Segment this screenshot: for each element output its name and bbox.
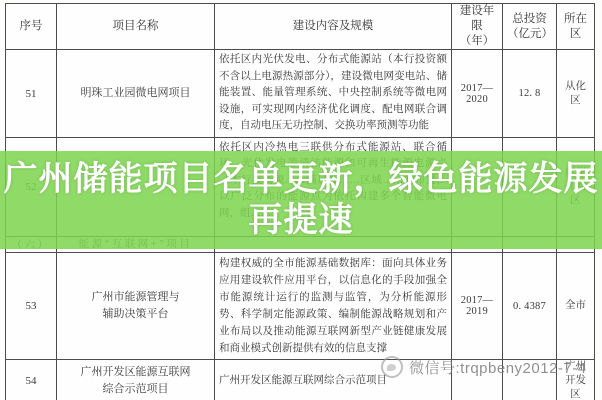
watermark: 微信号:trqpbeny2012-7-4	[381, 356, 587, 378]
table-row: 51 明珠工业园微电网项目 依托区内光伏发电、分布式能源站（本行投资额不含以上电…	[6, 50, 595, 138]
header-project-name: 项目名称	[57, 4, 215, 50]
headline-banner-overlay: 广州储能项目名单更新，绿色能源发展 再提速	[0, 151, 602, 249]
row-53-project-name: 广州市能源管理与 辅助决策平台	[57, 253, 215, 360]
header-total-investment: 总投资 （亿元）	[503, 4, 557, 50]
row-51-years: 2017—2020	[452, 50, 503, 138]
header-district: 所在区	[557, 4, 595, 50]
watermark-text: 微信号:trqpbeny2012-7-4	[409, 357, 587, 378]
row-53-content: 构建权威的全市能源基础数据库：面向具体业务应用建设软件应用平台，以信息化的手段加…	[215, 253, 452, 360]
row-51-investment: 12. 8	[503, 50, 557, 138]
table-header-row: 序号 项目名称 建设内容及规模 建设年限 （年） 总投资 （亿元） 所在区	[6, 4, 595, 50]
row-51-project-name: 明珠工业园微电网项目	[57, 50, 215, 138]
header-construction-years: 建设年限 （年）	[452, 4, 503, 50]
headline-line-2: 再提速	[249, 200, 354, 241]
row-53-district: 全市	[557, 253, 595, 360]
document-page: 序号 项目名称 建设内容及规模 建设年限 （年） 总投资 （亿元） 所在区 51…	[0, 0, 602, 400]
header-serial: 序号	[6, 4, 57, 50]
row-54-serial: 54	[6, 360, 57, 400]
row-51-district: 从化区	[557, 50, 595, 138]
row-51-serial: 51	[6, 50, 57, 138]
row-53-investment: 0. 4387	[503, 253, 557, 360]
row-54-project-name: 广州开发区能源互联网 综合示范项目	[57, 360, 215, 400]
row-53-serial: 53	[6, 253, 57, 360]
row-51-content: 依托区内光伏发电、分布式能源站（本行投资额不含以上电源热源部分），建设微电网变电…	[215, 50, 452, 138]
header-content-scale: 建设内容及规模	[215, 4, 452, 50]
table-row: 53 广州市能源管理与 辅助决策平台 构建权威的全市能源基础数据库：面向具体业务…	[6, 253, 595, 360]
headline-line-1: 广州储能项目名单更新，绿色能源发展	[4, 159, 599, 200]
wechat-logo-icon	[381, 356, 403, 378]
row-53-years: 2017—2019	[452, 253, 503, 360]
